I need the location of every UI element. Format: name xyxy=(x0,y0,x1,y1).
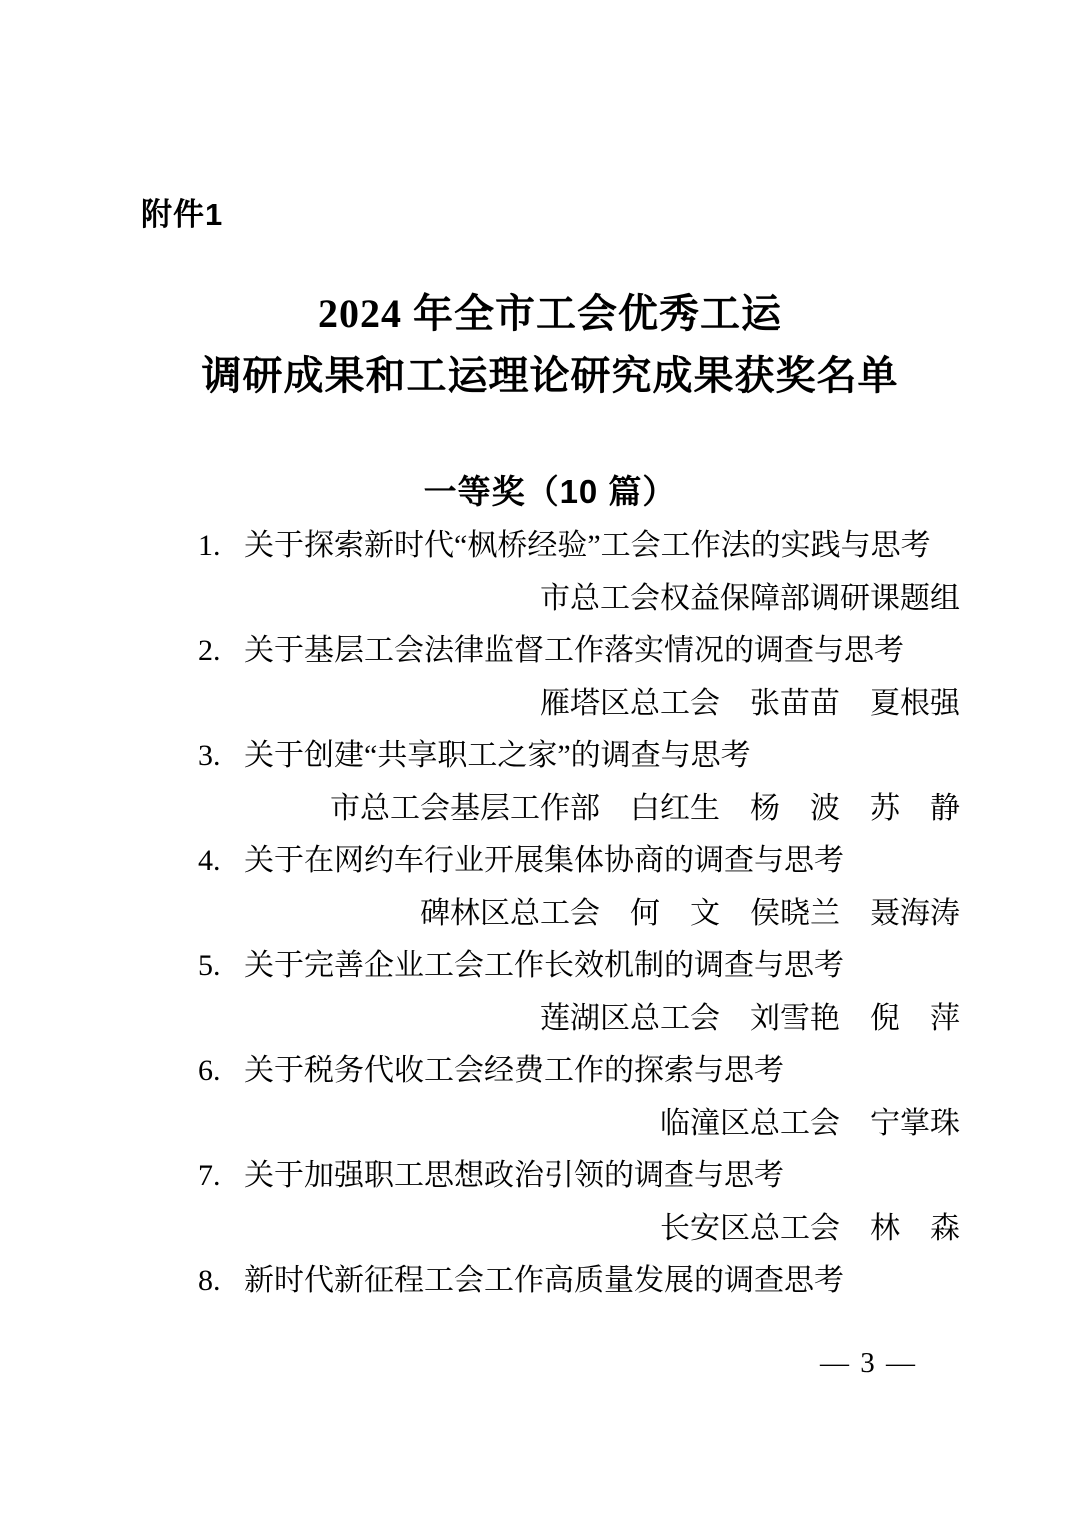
award-authors: 莲湖区总工会 刘雪艳 倪 萍 xyxy=(140,993,960,1046)
award-item-title: 6.关于税务代收工会经费工作的探索与思考 xyxy=(140,1045,960,1098)
award-authors: 市总工会权益保障部调研课题组 xyxy=(140,573,960,626)
award-number: 4. xyxy=(198,835,244,888)
award-number: 3. xyxy=(198,730,244,783)
award-authors: 碑林区总工会 何 文 侯晓兰 聂海涛 xyxy=(140,888,960,941)
document-page: 附件1 2024 年全市工会优秀工运 调研成果和工运理论研究成果获奖名单 一等奖… xyxy=(0,0,1080,1527)
award-title: 关于加强职工思想政治引领的调查与思考 xyxy=(244,1159,784,1192)
award-number: 8. xyxy=(198,1255,244,1308)
award-number: 1. xyxy=(198,520,244,573)
award-item-title: 7.关于加强职工思想政治引领的调查与思考 xyxy=(140,1150,960,1203)
award-authors: 市总工会基层工作部 白红生 杨 波 苏 静 xyxy=(140,783,960,836)
award-number: 5. xyxy=(198,940,244,993)
award-item-title: 4.关于在网约车行业开展集体协商的调查与思考 xyxy=(140,835,960,888)
attachment-label: 附件1 xyxy=(141,189,223,234)
award-number: 2. xyxy=(198,625,244,678)
award-item-title: 5.关于完善企业工会工作长效机制的调查与思考 xyxy=(140,940,960,993)
section-heading: 一等奖（10 篇） xyxy=(140,466,960,513)
award-list: 1.关于探索新时代“枫桥经验”工会工作法的实践与思考 市总工会权益保障部调研课题… xyxy=(140,520,960,1308)
award-number: 7. xyxy=(198,1150,244,1203)
document-title-line1: 2024 年全市工会优秀工运 xyxy=(140,283,960,345)
award-title: 关于税务代收工会经费工作的探索与思考 xyxy=(244,1054,784,1087)
page-number: — 3 — xyxy=(820,1347,917,1380)
award-authors: 临潼区总工会 宁掌珠 xyxy=(140,1098,960,1151)
document-title: 2024 年全市工会优秀工运 调研成果和工运理论研究成果获奖名单 xyxy=(140,283,960,407)
document-title-line2: 调研成果和工运理论研究成果获奖名单 xyxy=(140,345,960,407)
award-item-title: 8.新时代新征程工会工作高质量发展的调查思考 xyxy=(140,1255,960,1308)
award-item-title: 2.关于基层工会法律监督工作落实情况的调查与思考 xyxy=(140,625,960,678)
award-title: 关于在网约车行业开展集体协商的调查与思考 xyxy=(244,844,844,877)
award-title: 关于创建“共享职工之家”的调查与思考 xyxy=(244,739,751,772)
award-item-title: 1.关于探索新时代“枫桥经验”工会工作法的实践与思考 xyxy=(140,520,960,573)
award-title: 关于基层工会法律监督工作落实情况的调查与思考 xyxy=(244,634,904,667)
award-title: 关于完善企业工会工作长效机制的调查与思考 xyxy=(244,949,844,982)
award-authors: 长安区总工会 林 森 xyxy=(140,1203,960,1256)
award-title: 关于探索新时代“枫桥经验”工会工作法的实践与思考 xyxy=(244,529,931,562)
award-title: 新时代新征程工会工作高质量发展的调查思考 xyxy=(244,1264,844,1297)
award-item-title: 3.关于创建“共享职工之家”的调查与思考 xyxy=(140,730,960,783)
award-authors: 雁塔区总工会 张苗苗 夏根强 xyxy=(140,678,960,731)
award-number: 6. xyxy=(198,1045,244,1098)
